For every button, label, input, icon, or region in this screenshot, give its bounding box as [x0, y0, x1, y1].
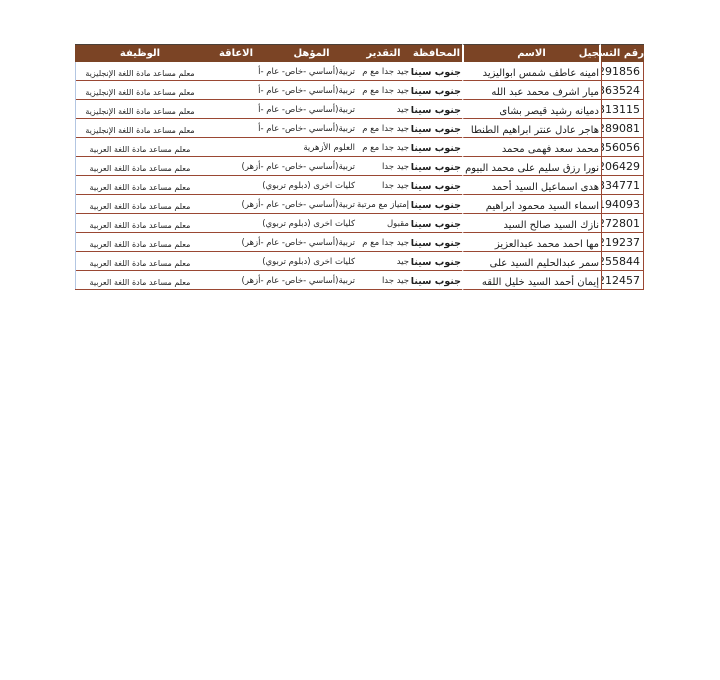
cell-gov: جنوب سيناء — [411, 157, 462, 176]
cell-gov: جنوب سيناء — [411, 233, 462, 252]
cell-disability — [205, 138, 267, 157]
cell-qual: كليات اخرى (دبلوم تربوي) — [267, 214, 356, 233]
column-header-disability: الاعاقة — [205, 44, 267, 62]
table-row: 1334771هدى اسماعيل السيد أحمدجنوب سيناءج… — [75, 176, 644, 195]
table-body: 1291856امينه عاطف شمس ابواليزيدجنوب سينا… — [75, 62, 644, 290]
cell-name: دميانه رشيد قيصر بشاى — [462, 100, 601, 119]
cell-qual: تربية(أساسي -خاص- عام -أ — [267, 81, 356, 100]
cell-name: محمد سعد فهمى محمد — [462, 138, 601, 157]
column-header-grade: التقدير — [356, 44, 411, 62]
cell-name: ميار اشرف محمد عبد الله — [462, 81, 601, 100]
cell-reg: 1334771 — [601, 176, 644, 195]
cell-reg: 1219237 — [601, 233, 644, 252]
table-left-edge-line — [75, 62, 76, 289]
cell-qual: كليات اخرى (دبلوم تربوي) — [267, 176, 356, 195]
cell-disability — [205, 176, 267, 195]
cell-grade: جيد جدا مع م — [356, 62, 411, 81]
column-header-reg: رقم التسجيل — [601, 44, 644, 62]
cell-name: هدى اسماعيل السيد أحمد — [462, 176, 601, 195]
cell-grade: جيد — [356, 100, 411, 119]
cell-qual: تربية(أساسي -خاص- عام -أزهر) — [267, 233, 356, 252]
cell-job: معلم مساعد مادة اللغة العربية — [75, 176, 205, 195]
cell-job: معلم مساعد مادة اللغة الإنجليزية — [75, 81, 205, 100]
cell-reg: 1212457 — [601, 271, 644, 290]
cell-name: سمر عبدالحليم السيد على — [462, 252, 601, 271]
cell-qual: تربية(أساسي -خاص- عام -أزهر) — [267, 195, 356, 214]
table-row: 1206429نورا رزق سليم على محمد البيومجنوب… — [75, 157, 644, 176]
cell-grade: مقبول — [356, 214, 411, 233]
cell-grade: جيد جدا — [356, 157, 411, 176]
column-header-gov: المحافظة — [411, 44, 462, 62]
cell-grade: جيد جدا — [356, 271, 411, 290]
cell-gov: جنوب سيناء — [411, 195, 462, 214]
table-row: 1291856امينه عاطف شمس ابواليزيدجنوب سينا… — [75, 62, 644, 81]
cell-qual: كليات اخرى (دبلوم تربوي) — [267, 252, 356, 271]
cell-gov: جنوب سيناء — [411, 119, 462, 138]
table-row: 1212457إيمان أحمد السيد خليل اللقهجنوب س… — [75, 271, 644, 290]
cell-job: معلم مساعد مادة اللغة الإنجليزية — [75, 100, 205, 119]
cell-qual: العلوم الأزهرية — [267, 138, 356, 157]
cell-grade: جيد جدا — [356, 176, 411, 195]
cell-reg: 1291856 — [601, 62, 644, 81]
table-row: 1272801نازك السيد صالح السيدجنوب سيناءمق… — [75, 214, 644, 233]
cell-reg: 1272801 — [601, 214, 644, 233]
table-header-row: رقم التسجيلالاسمالمحافظةالتقديرالمؤهلالا… — [75, 44, 644, 62]
cell-job: معلم مساعد مادة اللغة العربية — [75, 195, 205, 214]
cell-gov: جنوب سيناء — [411, 62, 462, 81]
cell-gov: جنوب سيناء — [411, 138, 462, 157]
cell-grade: جيد جدا مع م — [356, 233, 411, 252]
table-row: 1356056محمد سعد فهمى محمدجنوب سيناءجيد ج… — [75, 138, 644, 157]
cell-name: اسماء السيد محمود ابراهيم — [462, 195, 601, 214]
cell-reg: 1206429 — [601, 157, 644, 176]
table-row: 1194093اسماء السيد محمود ابراهيمجنوب سين… — [75, 195, 644, 214]
table-row: 1255844سمر عبدالحليم السيد علىجنوب سيناء… — [75, 252, 644, 271]
cell-disability — [205, 214, 267, 233]
cell-gov: جنوب سيناء — [411, 176, 462, 195]
cell-qual: تربية(أساسي -خاص- عام -أ — [267, 100, 356, 119]
cell-qual: تربية(أساسي -خاص- عام -أزهر) — [267, 271, 356, 290]
cell-job: معلم مساعد مادة اللغة العربية — [75, 138, 205, 157]
cell-reg: 1363524 — [601, 81, 644, 100]
cell-grade: جيد جدا مع م — [356, 119, 411, 138]
cell-job: معلم مساعد مادة اللغة العربية — [75, 252, 205, 271]
teachers-registration-grid: رقم التسجيلالاسمالمحافظةالتقديرالمؤهلالا… — [75, 44, 644, 290]
cell-job: معلم مساعد مادة اللغة العربية — [75, 233, 205, 252]
table-row: 1289081هاجر عادل عنتر ابراهيم الطنطاجنوب… — [75, 119, 644, 138]
cell-gov: جنوب سيناء — [411, 81, 462, 100]
cell-gov: جنوب سيناء — [411, 214, 462, 233]
cell-reg: 1255844 — [601, 252, 644, 271]
cell-name: امينه عاطف شمس ابواليزيد — [462, 62, 601, 81]
table-row: 1363524ميار اشرف محمد عبد اللهجنوب سيناء… — [75, 81, 644, 100]
cell-qual: تربية(أساسي -خاص- عام -أ — [267, 62, 356, 81]
cell-qual: تربية(أساسي -خاص- عام -أزهر) — [267, 157, 356, 176]
cell-job: معلم مساعد مادة اللغة الإنجليزية — [75, 119, 205, 138]
column-header-qual: المؤهل — [267, 44, 356, 62]
cell-reg: 1313115 — [601, 100, 644, 119]
cell-grade: جيد جدا مع م — [356, 81, 411, 100]
cell-qual: تربية(أساسي -خاص- عام -أ — [267, 119, 356, 138]
cell-reg: 1356056 — [601, 138, 644, 157]
cell-disability — [205, 252, 267, 271]
cell-reg: 1194093 — [601, 195, 644, 214]
cell-job: معلم مساعد مادة اللغة الإنجليزية — [75, 62, 205, 81]
cell-name: إيمان أحمد السيد خليل اللقه — [462, 271, 601, 290]
cell-name: مها احمد محمد عبدالعزيز — [462, 233, 601, 252]
cell-reg: 1289081 — [601, 119, 644, 138]
cell-grade: جيد — [356, 252, 411, 271]
cell-gov: جنوب سيناء — [411, 100, 462, 119]
cell-grade: إمتياز مع مرتبة — [356, 195, 411, 214]
column-header-job: الوظيفة — [75, 44, 205, 62]
cell-job: معلم مساعد مادة اللغة العربية — [75, 271, 205, 290]
cell-job: معلم مساعد مادة اللغة العربية — [75, 157, 205, 176]
table-row: 1219237مها احمد محمد عبدالعزيزجنوب سيناء… — [75, 233, 644, 252]
cell-name: نازك السيد صالح السيد — [462, 214, 601, 233]
cell-grade: جيد جدا مع م — [356, 138, 411, 157]
cell-gov: جنوب سيناء — [411, 252, 462, 271]
cell-gov: جنوب سيناء — [411, 271, 462, 290]
cell-job: معلم مساعد مادة اللغة العربية — [75, 214, 205, 233]
registration-table: رقم التسجيلالاسمالمحافظةالتقديرالمؤهلالا… — [75, 44, 644, 290]
cell-name: هاجر عادل عنتر ابراهيم الطنطا — [462, 119, 601, 138]
table-row: 1313115دميانه رشيد قيصر بشاىجنوب سيناءجي… — [75, 100, 644, 119]
cell-name: نورا رزق سليم على محمد البيوم — [462, 157, 601, 176]
